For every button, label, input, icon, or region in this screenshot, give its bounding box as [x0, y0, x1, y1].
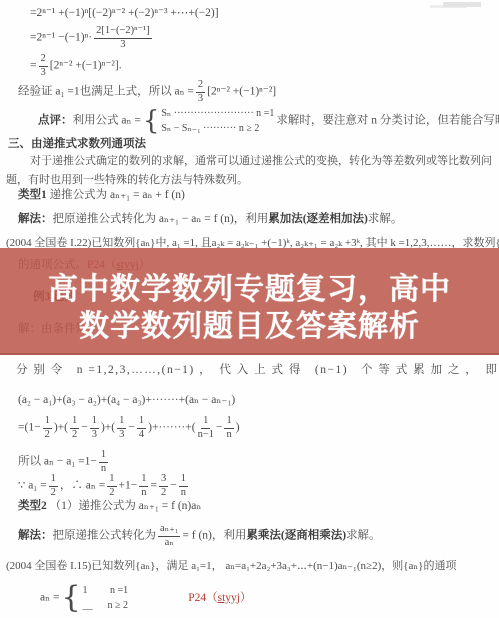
type1-line: 类型1 递推公式为 aₙ₊₁ = aₙ + f (n)	[18, 188, 185, 202]
method1-line: 解法：把原递推公式转化为 aₙ₊₁ − aₙ = f (n)，利用累加法(逐差相…	[18, 212, 402, 226]
left-brace	[61, 583, 80, 613]
fraction: 12	[49, 474, 58, 498]
method2-pre: 把原递推公式转化为	[53, 530, 157, 542]
formula-line-3: =23[2ⁿ⁻² +(−1)ⁿ⁻²].	[30, 54, 122, 78]
fraction: 13	[117, 416, 126, 440]
ref-post: ）	[240, 592, 252, 604]
fraction-denominator: 3	[119, 429, 124, 441]
fraction-numerator: 2	[39, 54, 48, 67]
fraction-denominator: n	[226, 429, 231, 441]
fraction-numerator: 3	[159, 474, 168, 487]
formula-text: [2ⁿ⁻² +(−1)ⁿ⁻²]	[207, 86, 276, 98]
formula-text: [2ⁿ⁻² +(−1)ⁿ⁻²].	[50, 60, 122, 72]
final-formula-line: aₙ =1 n =1__ n ≥ 2P24（styyj）	[40, 583, 251, 613]
type2-line: 类型2 （1）递推公式为 aₙ₊₁ = f (n)aₙ	[18, 499, 201, 513]
cases-expression: 1 n =1__ n ≥ 2	[61, 583, 128, 613]
sum-intro-line: 分 别 令 n =1,2,3,……,(n−1) ， 代 入 上 式 得 (n−1…	[16, 363, 488, 377]
method1-label: 解法：	[18, 213, 53, 225]
fraction-denominator: 2	[45, 429, 50, 441]
fraction-denominator: 2	[109, 487, 114, 499]
fraction: 1n	[139, 474, 148, 498]
formula-text: −	[216, 422, 223, 434]
cases-expression: Sₙ ························ n =1Sₙ − Sₙ₋…	[143, 106, 275, 136]
formula-text: ∵ a₁ =	[18, 480, 47, 492]
fraction: 2[1−(−2)ⁿ⁻¹]3	[94, 26, 152, 50]
method2-bold: 累乘法(逐商相乘法)	[246, 530, 346, 542]
formula-text: +1−	[119, 480, 138, 492]
review-label: 点评：	[38, 115, 73, 127]
fraction-numerator: 1	[90, 416, 99, 429]
title-banner: 高中数学数列专题复习，高中 数学数列题目及答案解析	[0, 248, 499, 355]
fraction-sum-line: =(1−12)+(12−13)+(13−14)+·······+(1n−1−1n…	[18, 416, 240, 440]
fraction-denominator: 3	[120, 39, 125, 51]
fraction-numerator: 1	[43, 416, 52, 429]
method2-line: 解法：把原递推公式转化为aₙ₊₁aₙ= f (n)，利用累乘法(逐商相乘法)求解…	[18, 524, 381, 548]
fraction-denominator: n−1	[198, 429, 214, 441]
method2-post: 求解。	[346, 530, 381, 542]
fraction-numerator: 1	[117, 416, 126, 429]
fraction-numerator: 1	[99, 450, 108, 463]
fraction-denominator: 3	[41, 67, 46, 79]
formula-text: =	[150, 480, 157, 492]
type2-text: （1）递推公式为 aₙ₊₁ = f (n)aₙ	[50, 500, 202, 512]
problem2-line: (2004 全国卷 I.15)已知数列{aₙ}，满足 a₁=1， aₙ=a₁+2…	[6, 560, 456, 574]
left-brace	[143, 108, 160, 134]
fraction: 14	[137, 416, 146, 440]
fraction-numerator: 2[1−(−2)ⁿ⁻¹]	[94, 26, 152, 39]
review-line: 点评：利用公式 aₙ =Sₙ ························ …	[38, 106, 499, 136]
fraction: 1n	[179, 474, 188, 498]
fraction: 1n	[99, 450, 108, 474]
formula-text: )+·······+(	[148, 422, 195, 434]
method1-bold: 累加法(逐差相加法)	[268, 213, 368, 225]
fraction: 23	[196, 80, 205, 104]
fraction-denominator: 2	[161, 487, 166, 499]
fraction-denominator: 2	[51, 487, 56, 499]
fraction: aₙ₊₁aₙ	[158, 524, 180, 548]
type1-text: 递推公式为 aₙ₊₁ = aₙ + f (n)	[50, 189, 185, 201]
formula-line-2: =2ⁿ⁻¹ −(−1)ⁿ·2[1−(−2)ⁿ⁻¹]3	[30, 26, 154, 50]
document-page: =2ⁿ⁻¹ +(−1)ⁿ[(−2)ⁿ⁻² +(−2)ⁿ⁻³ +⋯+(−2)] =…	[0, 0, 499, 618]
fraction-numerator: 1	[139, 474, 148, 487]
formula-text: −	[81, 422, 88, 434]
fraction: 12	[43, 416, 52, 440]
case-row-1: Sₙ ························ n =1	[161, 106, 274, 121]
fraction-denominator: 2	[72, 429, 77, 441]
type2-label: 类型2	[18, 500, 47, 512]
formula-text: ，∴ aₙ =	[60, 480, 105, 492]
intro-paragraph: 对于递推公式确定的数列的求解，通常可以通过递推公式的变换，转化为等差数列或等比数…	[6, 152, 493, 189]
fraction: 1n	[224, 416, 233, 440]
verification-line: 经验证 a₁ =1也满足上式，所以 aₙ =23[2ⁿ⁻² +(−1)ⁿ⁻²]	[18, 80, 276, 104]
fraction-numerator: 1	[70, 416, 79, 429]
fraction-denominator: n	[141, 487, 146, 499]
fraction-denominator: 4	[139, 429, 144, 441]
banner-title-line1: 高中数学数列专题复习，高中	[0, 271, 499, 308]
fraction-numerator: 1	[224, 416, 233, 429]
fraction-denominator: n	[181, 487, 186, 499]
fraction-numerator: 1	[137, 416, 146, 429]
type1-label: 类型1	[18, 189, 47, 201]
fraction-numerator: 1	[201, 416, 210, 429]
scan-artifact	[443, 2, 481, 7]
ref-link-text: styyj	[218, 592, 240, 604]
method1-post: 求解。	[368, 213, 403, 225]
method2-label: 解法：	[18, 530, 53, 542]
fraction: 13	[90, 416, 99, 440]
method2-mid: = f (n)，利用	[182, 530, 246, 542]
formula-text: =(1−	[18, 422, 41, 434]
fraction: 23	[39, 54, 48, 78]
fraction-numerator: 1	[107, 474, 116, 487]
formula-text: )	[236, 422, 240, 434]
formula-text: )+(	[101, 422, 115, 434]
formula-text: 经验证 a₁ =1也满足上式，所以 aₙ =	[18, 86, 194, 98]
formula-text: )+(	[54, 422, 68, 434]
fraction: 32	[159, 474, 168, 498]
formula-text: −	[128, 422, 135, 434]
formula-text: =	[30, 60, 37, 72]
case-row-2: Sₙ − Sₙ₋₁ ·········· n ≥ 2	[161, 121, 274, 136]
telescope-line: (a₂ − a₁)+(a₃ − a₂)+(a₄ − a₃)+·······+(a…	[18, 393, 235, 407]
fraction-numerator: 1	[179, 474, 188, 487]
fraction-denominator: n	[101, 463, 106, 475]
so-line: 所以 aₙ − a₁ =1−1n	[18, 450, 110, 474]
thus-line: ∵ a₁ =12，∴ aₙ =12+1−1n=32−1n	[18, 474, 190, 498]
page-reference: P24（styyj）	[188, 592, 251, 604]
fraction-denominator: 3	[92, 429, 97, 441]
fraction: 12	[107, 474, 116, 498]
formula-text: 所以 aₙ − a₁ =1−	[18, 456, 97, 468]
method1-pre: 把原递推公式转化为 aₙ₊₁ − aₙ = f (n)，利用	[53, 213, 269, 225]
formula-text: =2ⁿ⁻¹ −(−1)ⁿ·	[30, 32, 92, 44]
review-pre: 利用公式 aₙ =	[73, 115, 141, 127]
fraction-numerator: aₙ₊₁	[158, 524, 180, 537]
formula-text: −	[170, 480, 177, 492]
fraction: 12	[70, 416, 79, 440]
fraction-numerator: 1	[49, 474, 58, 487]
fraction: 1n−1	[198, 416, 214, 440]
section-heading: 三、由递推式求数列通项法	[8, 137, 146, 151]
fraction-denominator: aₙ	[165, 537, 174, 549]
banner-title-line2: 数学数列题目及答案解析	[0, 308, 499, 345]
case-row-2: __ n ≥ 2	[83, 598, 129, 613]
ref-pre: P24（	[188, 592, 217, 604]
fraction-denominator: 3	[198, 93, 203, 105]
fraction-numerator: 2	[196, 80, 205, 93]
review-post: 求解时，要注意对 n 分类讨论，但若能合写时一定要合并.	[276, 115, 499, 127]
formula-text: aₙ =	[40, 592, 59, 604]
case-row-1: 1 n =1	[83, 583, 129, 598]
formula-line-1: =2ⁿ⁻¹ +(−1)ⁿ[(−2)ⁿ⁻² +(−2)ⁿ⁻³ +⋯+(−2)]	[30, 6, 219, 20]
